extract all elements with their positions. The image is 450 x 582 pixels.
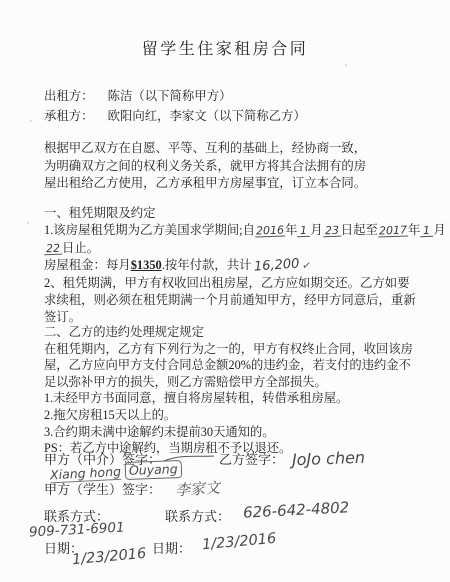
contact-right-label: 联系方式：: [165, 506, 230, 525]
renewal-clause-line: 2、租凭期满，甲方有权收回出租房屋，乙方应如期交还。乙方如要: [44, 275, 446, 292]
preamble-line: 根据甲乙双方在自愿、平等、互利的基础上，经协商一致，: [44, 140, 366, 158]
student-signature-label: 甲方（学生）签字：: [44, 482, 161, 497]
preamble: 根据甲乙双方在自愿、平等、互利的基础上，经协商一致， 为明确双方之间的权利义务关…: [44, 140, 366, 193]
document-title: 留学生住家租房合同: [0, 36, 450, 59]
scan-speck: [30, 120, 32, 122]
party-b-phone-handwritten: 626-642-4802: [243, 498, 350, 522]
student-signature-handwritten: 李家文: [174, 476, 220, 500]
section-2-heading: 二、乙方的违约处理规定规定: [44, 324, 413, 341]
year-unit: 年: [285, 223, 297, 237]
date-left-value: 1/23/2016: [72, 548, 146, 566]
lessor-value: 陈洁（以下简称甲方）: [108, 89, 232, 103]
breach-body-line: 足以弥补甲方的损失，则乙方需赔偿甲方全部损失。: [44, 374, 413, 391]
breach-item: 3.合约期未满中途解约未提前30天通知的。: [44, 424, 413, 441]
contact-right-phone: 626-642-4802: [243, 501, 349, 520]
start-month-fill: 1: [297, 225, 310, 237]
breach-body-line: 在租凭期内，乙方有下列行为之一的，甲方有权终止合同，收回该房: [44, 341, 413, 358]
section-1-heading: 一、租凭期限及约定: [44, 205, 446, 222]
lease-period-line-2: 22日止。: [44, 240, 446, 257]
scan-speck: [345, 64, 347, 66]
section-1-lease-term: 一、租凭期限及约定 1.该房屋租凭期为乙方美国求学期间;自2016年1月23日起…: [44, 205, 446, 327]
rent-total-handwritten: 16,200: [253, 256, 300, 277]
parties-block: 出租方：陈洁（以下简称甲方） 承租方：欧阳向红，李家文（以下简称乙方）: [44, 88, 306, 126]
signature-row-student: 甲方（学生）签字：李家文: [44, 478, 220, 499]
rent-mid: .按年付款，共计: [162, 258, 252, 272]
end-month-fill: 1: [420, 225, 433, 237]
lease-period-suffix: 日止。: [62, 241, 99, 255]
agent-date-handwritten: 1/23/2016: [71, 546, 146, 568]
section-2-breach-rules: 二、乙方的违约处理规定规定 在租凭期内，乙方有下列行为之一的，甲方有权终止合同，…: [44, 324, 413, 457]
breach-item: 1.未经甲方书面同意，擅自将房屋转租，转借承租房屋。: [44, 390, 413, 407]
month-unit: 月: [433, 223, 445, 237]
lease-period-mid: 日起至: [341, 223, 378, 237]
checkmark-icon: ✓: [301, 257, 313, 276]
year-unit: 年: [408, 223, 420, 237]
start-day-fill: 23: [323, 225, 341, 238]
contract-document-page: 留学生住家租房合同 出租方：陈洁（以下简称甲方） 承租方：欧阳向红，李家文（以下…: [0, 0, 450, 582]
lease-period-text: 1.该房屋租凭期为乙方美国求学期间;自: [44, 223, 255, 237]
party-b-signature-handwritten: JoJo chen: [292, 448, 366, 470]
party-b-date-handwritten: 1/23/2016: [201, 531, 276, 553]
lessor-label: 出租方：: [44, 89, 94, 103]
lessee-value: 欧阳向红，李家文（以下简称乙方）: [108, 109, 306, 123]
party-b-signature-label: 乙方签字：: [219, 452, 284, 467]
rent-line: 房屋租金：每月$1350.按年付款，共计16,200✓: [44, 257, 446, 274]
lease-period-line-1: 1.该房屋租凭期为乙方美国求学期间;自2016年1月23日起至2017年1月: [44, 222, 446, 239]
lessee-line: 承租方：欧阳向红，李家文（以下简称乙方）: [44, 106, 306, 126]
lessor-line: 出租方：陈洁（以下简称甲方）: [44, 88, 306, 106]
preamble-line: 屋出租给乙方使用，乙方承租甲方房屋事宜，订立本合同。: [44, 175, 366, 193]
end-year-fill: 2017: [378, 225, 408, 238]
month-unit: 月: [310, 223, 322, 237]
rent-prefix: 房屋租金：每月: [44, 258, 131, 272]
contact-left-phone: 909-731-6901: [29, 521, 125, 539]
breach-item: 2.拖欠房租15天以上的。: [44, 407, 413, 424]
preamble-line: 为明确双方之间的权利义务关系，就甲方将其合法拥有的房: [44, 158, 366, 176]
scan-speck: [27, 222, 29, 224]
rent-amount: $1350: [131, 258, 162, 272]
end-day-fill: 22: [44, 243, 62, 256]
date-right-label: 日期：: [152, 538, 191, 557]
date-right-value: 1/23/2016: [202, 533, 276, 551]
lessee-label: 承租方：: [44, 109, 94, 123]
start-year-fill: 2016: [255, 225, 285, 238]
breach-body-line: 屋，乙方应向甲方支付合同总金额20%的违约金，若支付的违约金不: [44, 357, 413, 374]
renewal-clause-line: 求续租，则必须在租凭期满一个月前通知甲方，经甲方同意后，重新: [44, 292, 446, 309]
